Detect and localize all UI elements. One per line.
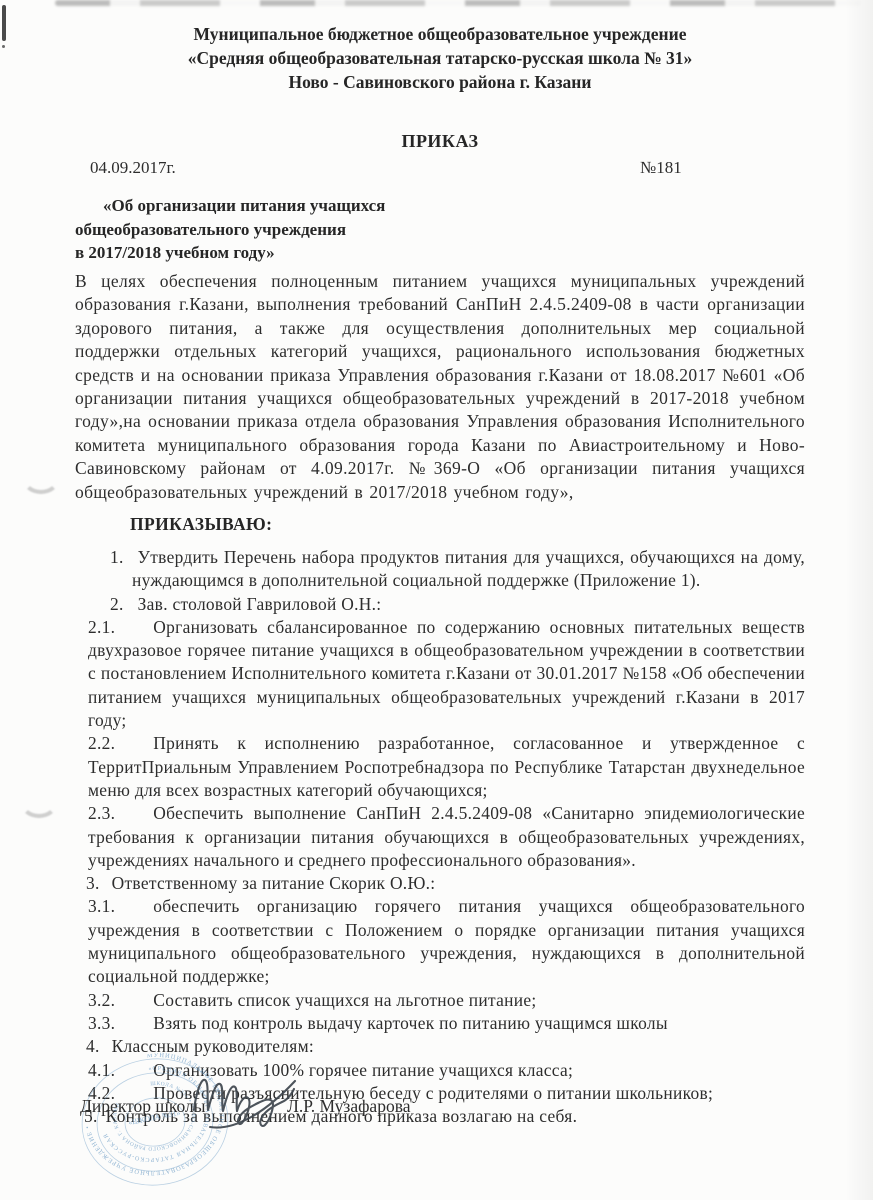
- subject-line-1: «Об организации питания учащихся: [75, 194, 805, 218]
- signature-scrawl: [190, 1066, 298, 1136]
- doc-number: №181: [640, 158, 682, 178]
- item-number: 2.3.: [88, 803, 115, 823]
- scan-edge-shadow: [845, 0, 873, 1200]
- signature-role: Директор школы: [80, 1096, 205, 1117]
- item-number: 2.: [110, 594, 124, 614]
- item-text: Взять под контроль выдачу карточек по пи…: [153, 1013, 668, 1033]
- item-number: 3.3.: [88, 1013, 115, 1033]
- subject-line-3: в 2017/2018 учебном году»: [75, 241, 805, 265]
- item-text: Ответственному за питание Скорик О.Ю.:: [112, 873, 436, 893]
- order-item: 2.1.Организовать сбалансированное по сод…: [75, 616, 805, 732]
- order-item: 3.1.обеспечить организацию горячего пита…: [75, 895, 805, 988]
- order-item: 2.2.Принять к исполнению разработанное, …: [75, 732, 805, 802]
- order-item: 3.Ответственному за питание Скорик О.Ю.:: [75, 872, 805, 895]
- order-item: 1.Утвердить Перечень набора продуктов пи…: [75, 546, 805, 593]
- signature-name: Л.Р. Музафарова: [287, 1096, 411, 1117]
- org-name-line-2: «Средняя общеобразовательная татарско-ру…: [75, 46, 805, 70]
- item-number: 2.1.: [88, 617, 115, 637]
- item-number: 2.2.: [88, 733, 115, 753]
- scan-mark: [2, 5, 6, 41]
- item-number: 4.: [86, 1036, 100, 1056]
- item-text: Утвердить Перечень набора продуктов пита…: [132, 547, 805, 590]
- org-name-line-1: Муниципальное бюджетное общеобразователь…: [75, 22, 805, 46]
- item-text: Составить список учащихся на льготное пи…: [153, 990, 536, 1010]
- intro-paragraph: В целях обеспечения полноценным питанием…: [75, 270, 805, 504]
- item-text: Организовать сбалансированное по содержа…: [88, 617, 805, 730]
- item-number: 1.: [110, 547, 124, 567]
- item-number: 3.2.: [88, 990, 115, 1010]
- order-item: 3.3.Взять под контроль выдачу карточек п…: [75, 1012, 805, 1035]
- item-number: 3.1.: [88, 896, 115, 916]
- org-header: Муниципальное бюджетное общеобразователь…: [75, 22, 805, 94]
- org-name-line-3: Ново - Савиновского района г. Казани: [75, 70, 805, 94]
- item-text: Зав. столовой Гавриловой О.Н.:: [138, 594, 382, 614]
- binder-hole-shadow: [20, 786, 58, 818]
- document-title: ПРИКАЗ: [75, 131, 805, 152]
- binder-hole-shadow: [22, 462, 60, 494]
- subject-line-2: общеобразовательного учреждения: [75, 218, 805, 242]
- item-number: 3.: [86, 873, 100, 893]
- doc-subject: «Об организации питания учащихся общеобр…: [75, 194, 805, 265]
- item-text: обеспечить организацию горячего питания …: [88, 896, 805, 986]
- order-item: 2.Зав. столовой Гавриловой О.Н.:: [75, 593, 805, 616]
- document-content: Муниципальное бюджетное общеобразователь…: [75, 0, 805, 1200]
- item-text: Принять к исполнению разработанное, согл…: [88, 733, 805, 800]
- item-text: Обеспечить выполнение СанПиН 2.4.5.2409-…: [88, 803, 805, 870]
- order-item: 2.3.Обеспечить выполнение СанПиН 2.4.5.2…: [75, 802, 805, 872]
- resolution-heading: ПРИКАЗЫВАЮ:: [130, 514, 860, 535]
- order-item: 3.2.Составить список учащихся на льготно…: [75, 989, 805, 1012]
- doc-date: 04.09.2017г.: [90, 158, 176, 178]
- scanned-document-page: Муниципальное бюджетное общеобразователь…: [0, 0, 873, 1200]
- order-items: 1.Утвердить Перечень набора продуктов пи…: [75, 546, 805, 1128]
